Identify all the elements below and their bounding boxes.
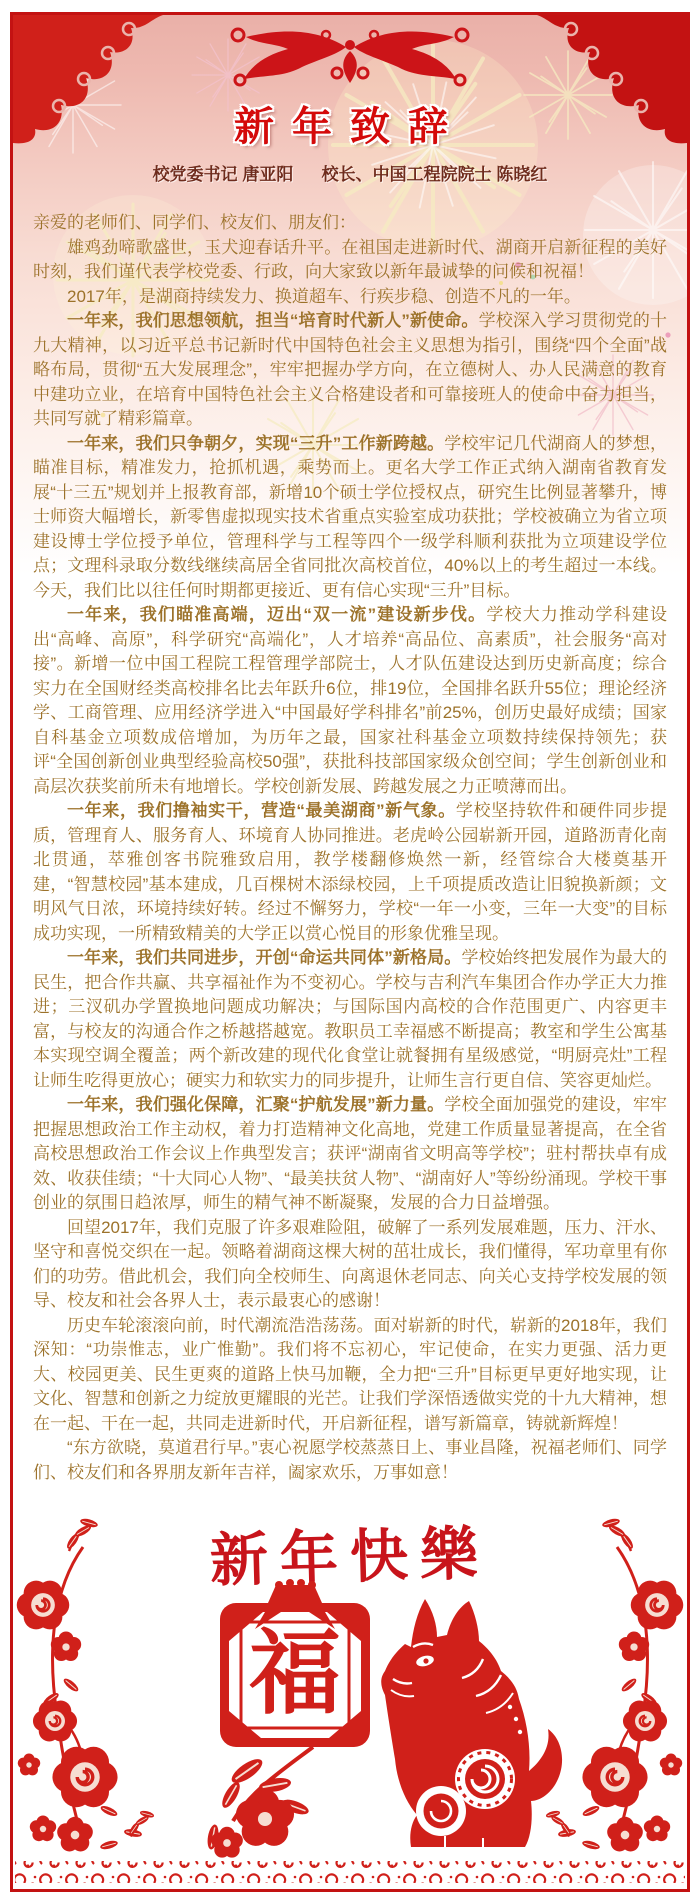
paragraph: 一年来，我们共同进步，开创“命运共同体”新格局。学校始终把发展作为最大的民生，把… (33, 946, 667, 1093)
paragraph: 回望2017年，我们克服了许多艰难险阻，破解了一系列发展难题，压力、汗水、坚守和… (33, 1216, 667, 1314)
paragraph: 一年来，我们强化保障，汇聚“护航发展”新力量。学校全面加强党的建设，牢牢把握思想… (33, 1093, 667, 1216)
fu-lantern: 福 (206, 1579, 370, 1858)
byline: 校党委书记 唐亚阳 校长、中国工程院院士 陈晓红 (13, 160, 687, 185)
scroll-border (15, 1861, 685, 1883)
paragraph-lead: 一年来，我们瞄准高端，迈出“双一流”建设新步伐。 (67, 605, 486, 624)
paragraph: 一年来，我们撸袖实干，营造“最美湖商”新气象。学校坚持软件和硬件同步提质，管理育… (33, 799, 667, 946)
zodiac-dog-papercut (381, 1599, 562, 1847)
header: 新年致辞 校党委书记 唐亚阳 校长、中国工程院院士 陈晓红 (13, 21, 687, 185)
paragraph-lead: 一年来，我们撸袖实干，营造“最美湖商”新气象。 (67, 801, 456, 820)
fu-character: 福 (249, 1623, 341, 1725)
paragraph-lead: 一年来，我们思想领航，担当“培育时代新人”新使命。 (67, 311, 479, 330)
salutation: 亲爱的老师们、同学们、校友们、朋友们： (33, 211, 667, 236)
paragraph: 一年来，我们思想领航，担当“培育时代新人”新使命。学校深入学习贯彻党的十九大精神… (33, 309, 667, 432)
paragraph-lead: 一年来，我们强化保障，汇聚“护航发展”新力量。 (67, 1095, 444, 1114)
paragraph-text: 学校始终把发展作为最大的民生，把合作共赢、共享福祉作为不变初心。学校与吉利汽车集… (33, 948, 667, 1090)
paragraph-text: “东方欲晓，莫道君行早。”衷心祝愿学校蒸蒸日上、事业昌隆，祝福老师们、同学们、校… (33, 1438, 667, 1482)
page-title: 新年致辞 (13, 95, 687, 152)
paragraph-text: 历史车轮滚滚向前，时代潮流浩浩荡荡。面对崭新的时代，崭新的2018年，我们深知：… (33, 1316, 667, 1433)
red-frame: 新年致辞 校党委书记 唐亚阳 校长、中国工程院院士 陈晓红 亲爱的老师们、同学们… (10, 12, 690, 1892)
floral-flourish-icon (218, 21, 482, 91)
new-year-greeting-page: { "header": { "title": "新年致辞", "subtitle… (0, 0, 700, 1900)
floral-border-right (545, 1517, 683, 1851)
paragraph: 历史车轮滚滚向前，时代潮流浩浩荡荡。面对崭新的时代，崭新的2018年，我们深知：… (33, 1314, 667, 1437)
paragraph-text: 学校坚持软件和硬件同步提质，管理育人、服务育人、环境育人协同推进。老虎岭公园崭新… (33, 801, 667, 943)
paragraph: 雄鸡劲啼歌盛世，玉犬迎春话升平。在祖国走进新时代、湖商开启新征程的美好时刻，我们… (33, 236, 667, 285)
paragraph-text: 2017年，是湖商持续发力、换道超车、行疾步稳、创造不凡的一年。 (67, 287, 581, 306)
paragraph: “东方欲晓，莫道君行早。”衷心祝愿学校蒸蒸日上、事业昌隆，祝福老师们、同学们、校… (33, 1436, 667, 1485)
paragraph: 一年来，我们瞄准高端，迈出“双一流”建设新步伐。学校大力推动学科建设出“高峰、高… (33, 603, 667, 799)
paragraph: 一年来，我们只争朝夕，实现“三升”工作新跨越。学校牢记几代湖商人的梦想，瞄准目标… (33, 432, 667, 604)
new-year-greeting-calligraphy: 新年快樂 (209, 1521, 491, 1593)
footer-artwork: 新年快樂 福 (13, 1489, 687, 1889)
letter-body: 亲爱的老师们、同学们、校友们、朋友们： 雄鸡劲啼歌盛世，玉犬迎春话升平。在祖国走… (33, 211, 667, 1485)
paragraph-lead: 一年来，我们共同进步，开创“命运共同体”新格局。 (67, 948, 461, 967)
paragraph: 2017年，是湖商持续发力、换道超车、行疾步稳、创造不凡的一年。 (33, 285, 667, 310)
paragraph-text: 雄鸡劲啼歌盛世，玉犬迎春话升平。在祖国走进新时代、湖商开启新征程的美好时刻，我们… (33, 238, 667, 282)
paragraph-lead: 一年来，我们只争朝夕，实现“三升”工作新跨越。 (67, 434, 444, 453)
floral-border-left (17, 1517, 155, 1851)
paragraph-text: 回望2017年，我们克服了许多艰难险阻，破解了一系列发展难题，压力、汗水、坚守和… (33, 1218, 667, 1311)
paragraph-text: 学校牢记几代湖商人的梦想，瞄准目标，精准发力，抢抓机遇，乘势而上。更名大学工作正… (33, 434, 667, 600)
paragraph-text: 学校大力推动学科建设出“高峰、高原”，科学研究“高端化”，人才培养“高品位、高素… (33, 605, 667, 796)
